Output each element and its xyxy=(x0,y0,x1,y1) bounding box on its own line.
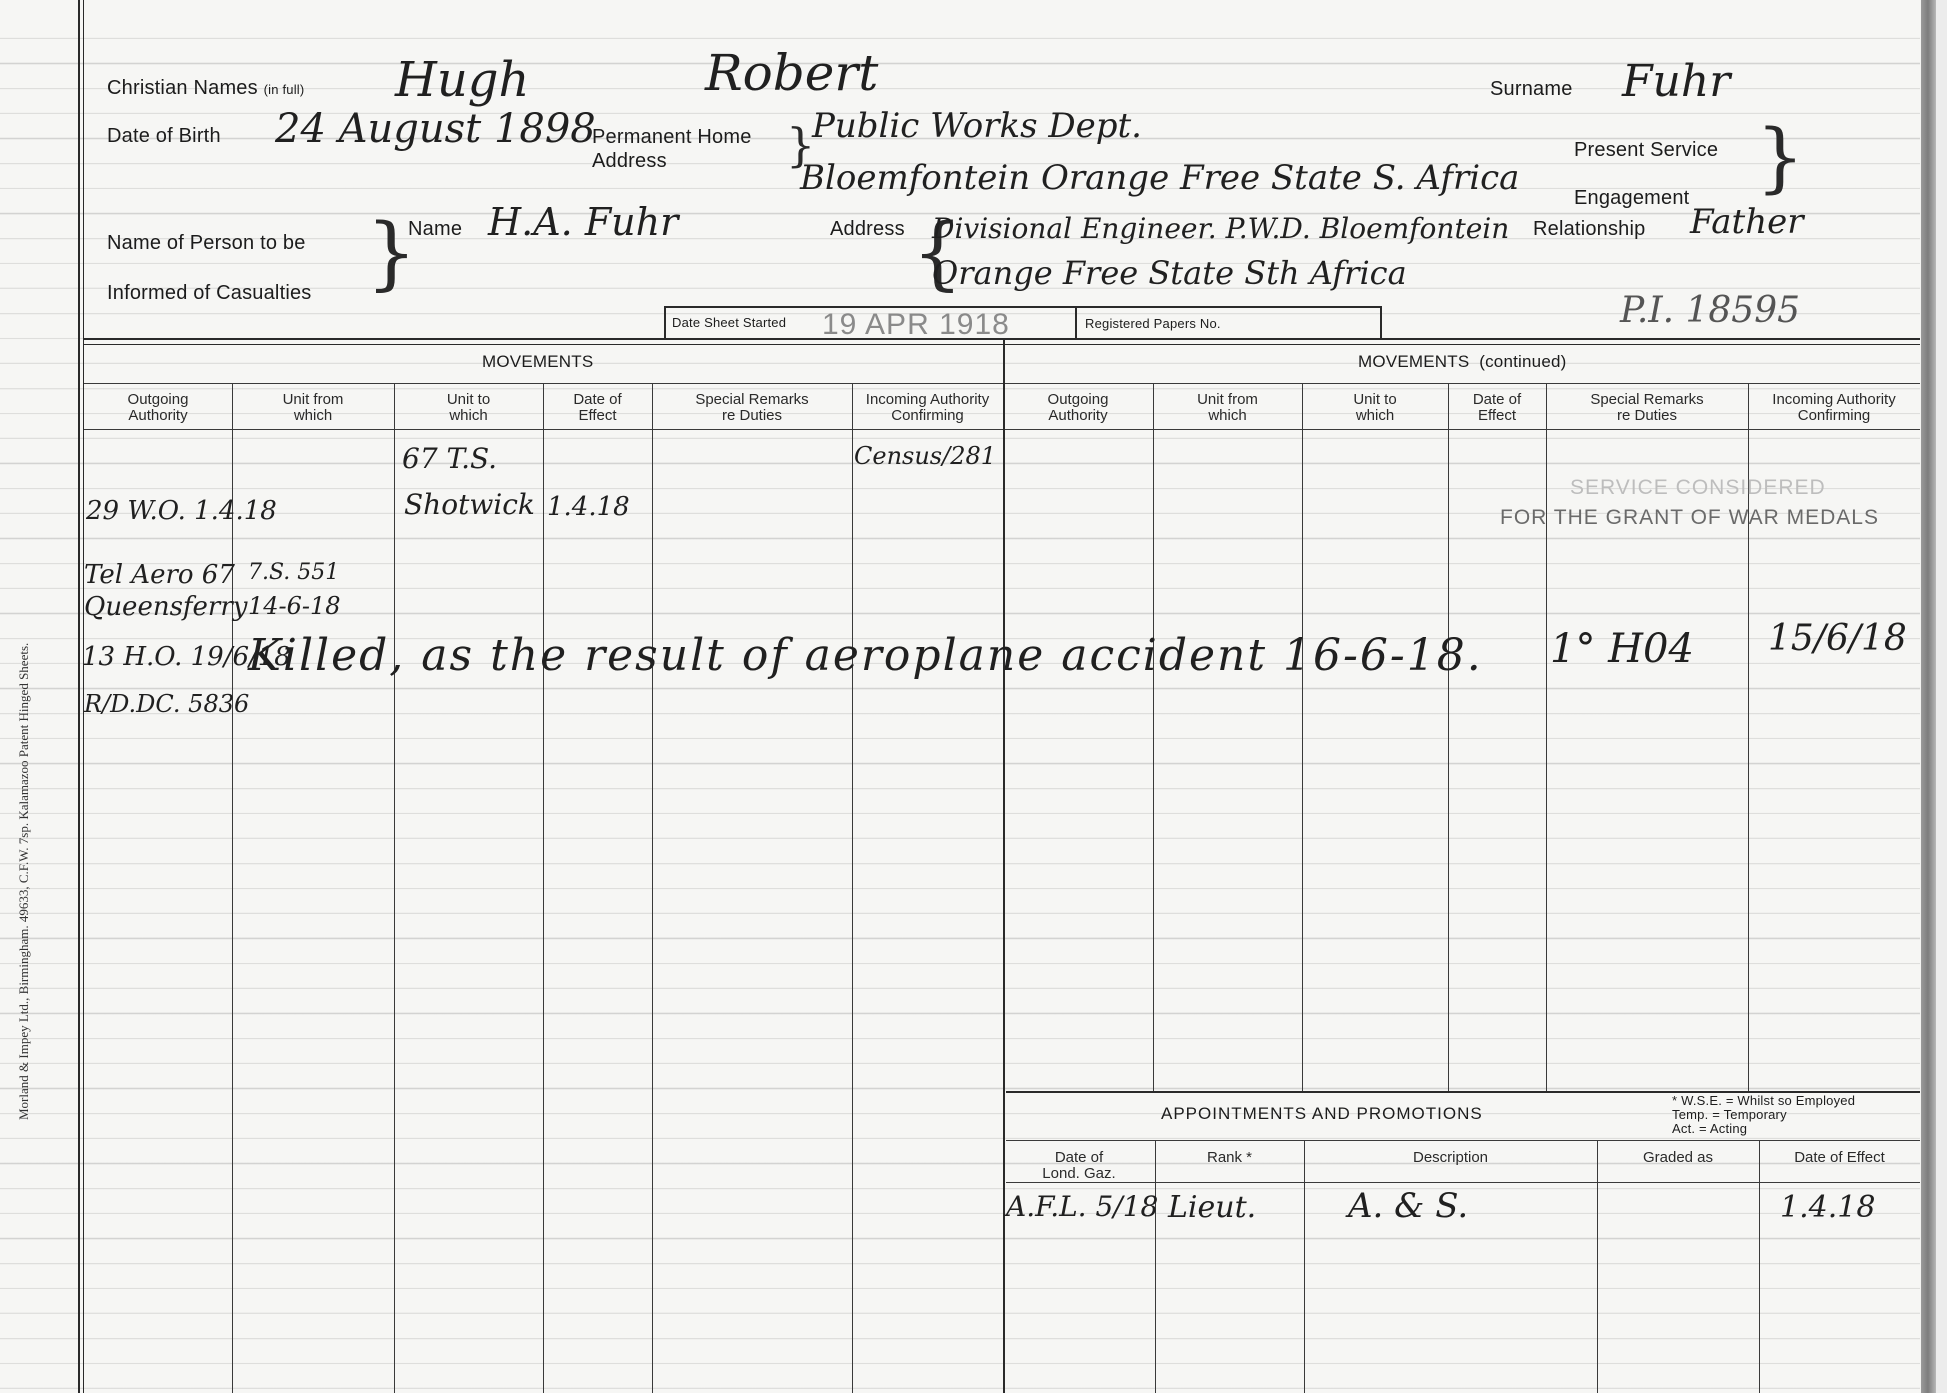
nok-label: Name of Person to be Informed of Casualt… xyxy=(107,218,312,318)
relationship-value: Father xyxy=(1690,202,1804,242)
column-header-line-1: Outgoing xyxy=(1003,392,1153,408)
column-header-line-2: Confirming xyxy=(1748,408,1920,424)
column-rule xyxy=(232,383,233,1393)
appt-rank: Lieut. xyxy=(1168,1190,1256,1225)
column-header-line-1: Incoming Authority xyxy=(1748,392,1920,408)
nok-address-label: Address xyxy=(830,218,905,241)
section-divider xyxy=(84,344,1920,345)
column-header-line-1: Description xyxy=(1304,1150,1597,1166)
appointments-header-4: Date of Effect xyxy=(1759,1150,1920,1166)
date-started-label: Date Sheet Started xyxy=(672,315,786,330)
brace-icon: } xyxy=(1756,112,1804,201)
nok-label-1: Name of Person to be xyxy=(107,218,312,268)
surname-value: Fuhr xyxy=(1622,56,1730,107)
column-header-line-2: which xyxy=(1302,408,1448,424)
column-header-line-2: re Duties xyxy=(652,408,852,424)
nok-address-line-2: Orange Free State Sth Africa xyxy=(932,254,1407,292)
column-header-line-2: which xyxy=(1153,408,1302,424)
medal-stamp-line-2: FOR THE GRANT OF WAR MEDALS xyxy=(1500,506,1879,530)
appt-description: A. & S. xyxy=(1348,1186,1468,1226)
movements-header-3: Date ofEffect xyxy=(543,392,652,424)
appointments-legend: * W.S.E. = Whilst so Employed Temp. = Te… xyxy=(1672,1094,1855,1136)
column-header-line-1: Date of xyxy=(543,392,652,408)
christian-names-label-text: Christian Names xyxy=(107,77,258,99)
row1-unit-to-2: Shotwick xyxy=(404,488,535,521)
column-header-line-1: Date of Effect xyxy=(1759,1150,1920,1166)
column-header-line-1: Incoming Authority xyxy=(852,392,1003,408)
column-header-line-2: Confirming xyxy=(852,408,1003,424)
dob-label: Date of Birth xyxy=(107,125,221,148)
column-rule xyxy=(652,383,653,1393)
column-header-line-2: re Duties xyxy=(1546,408,1748,424)
center-divider xyxy=(1003,338,1005,1393)
column-rule xyxy=(1153,383,1154,1091)
column-header-line-1: Rank * xyxy=(1155,1150,1304,1166)
column-rule xyxy=(1302,383,1303,1091)
appt-gazette: A.F.L. 5/18 xyxy=(1006,1190,1158,1223)
dob-value: 24 August 1898 xyxy=(275,106,596,152)
movements-header-1: Unit fromwhich xyxy=(232,392,394,424)
casualty-remark-confirm: 15/6/18 xyxy=(1768,618,1907,659)
movements-continued-header-0: OutgoingAuthority xyxy=(1003,392,1153,424)
casualty-remark: Killed, as the result of aeroplane accid… xyxy=(248,630,1483,681)
movements-continued-suffix: (continued) xyxy=(1479,352,1566,371)
column-header-line-1: Date of xyxy=(1003,1150,1155,1166)
home-address-label-2: Address xyxy=(592,149,752,173)
page-margin xyxy=(1935,0,1947,1393)
reference-number: P.I. 18595 xyxy=(1620,290,1800,331)
column-header-line-1: Date of xyxy=(1448,392,1546,408)
column-rule xyxy=(543,383,544,1393)
appt-date-of-effect: 1.4.18 xyxy=(1780,1190,1875,1225)
legend-act: Act. = Acting xyxy=(1672,1122,1855,1136)
home-address-label: Permanent Home Address xyxy=(592,125,752,173)
column-header-line-2: Lond. Gaz. xyxy=(1003,1166,1155,1182)
movements-continued-title: MOVEMENTS (continued) xyxy=(1358,352,1566,372)
appointments-header-0: Date ofLond. Gaz. xyxy=(1003,1150,1155,1182)
movements-continued-header-2: Unit towhich xyxy=(1302,392,1448,424)
header-rule xyxy=(84,429,1920,430)
movements-continued-header-4: Special Remarksre Duties xyxy=(1546,392,1748,424)
legend-wse: * W.S.E. = Whilst so Employed xyxy=(1672,1094,1855,1108)
column-header-line-2: which xyxy=(394,408,543,424)
movements-title: MOVEMENTS xyxy=(482,352,593,372)
column-header-line-1: Graded as xyxy=(1597,1150,1759,1166)
row2-unit-from-1: 7.S. 551 xyxy=(248,560,339,585)
nok-name-value: H.A. Fuhr xyxy=(488,200,678,244)
movements-header-5: Incoming AuthorityConfirming xyxy=(852,392,1003,424)
christian-name-2: Robert xyxy=(705,44,878,102)
present-service-label-1: Present Service xyxy=(1574,126,1718,174)
column-rule xyxy=(394,383,395,1393)
column-header-line-2: Authority xyxy=(84,408,232,424)
appointments-title: APPOINTMENTS AND PROMOTIONS xyxy=(1161,1104,1483,1124)
casualty-remark-ref: 1° H04 xyxy=(1550,626,1694,672)
christian-name-1: Hugh xyxy=(395,52,529,108)
movements-continued-header-5: Incoming AuthorityConfirming xyxy=(1748,392,1920,424)
column-rule xyxy=(1304,1140,1305,1393)
box-divider xyxy=(1075,306,1077,338)
column-rule xyxy=(1155,1140,1156,1393)
nok-name-label: Name xyxy=(408,218,462,241)
column-header-line-1: Outgoing xyxy=(84,392,232,408)
registered-papers-label: Registered Papers No. xyxy=(1085,316,1221,331)
legend-temp: Temp. = Temporary xyxy=(1672,1108,1855,1122)
column-header-line-2: Effect xyxy=(543,408,652,424)
printer-imprint: Morland & Impey Ltd., Birmingham. 49633,… xyxy=(16,643,32,1120)
column-header-line-1: Special Remarks xyxy=(1546,392,1748,408)
nok-label-2: Informed of Casualties xyxy=(107,268,312,318)
column-header-line-1: Special Remarks xyxy=(652,392,852,408)
appointments-header-1: Rank * xyxy=(1155,1150,1304,1166)
row3-outgoing-2: R/D.DC. 5836 xyxy=(84,690,249,718)
row2-outgoing-2: Queensferry xyxy=(84,592,247,622)
row1-outgoing: 29 W.O. 1.4.18 xyxy=(86,496,277,526)
movements-continued-header-3: Date ofEffect xyxy=(1448,392,1546,424)
column-rule xyxy=(1597,1140,1598,1393)
christian-names-label: Christian Names (in full) xyxy=(107,77,304,100)
home-address-line-2: Bloemfontein Orange Free State S. Africa xyxy=(800,158,1519,198)
movements-continued-title-text: MOVEMENTS xyxy=(1358,352,1469,371)
christian-names-note: (in full) xyxy=(264,82,305,97)
column-header-line-2: Effect xyxy=(1448,408,1546,424)
column-rule xyxy=(1448,383,1449,1091)
appointments-header-rule xyxy=(1006,1182,1920,1183)
medal-stamp-line-1: SERVICE CONSIDERED xyxy=(1570,476,1826,500)
appointments-header-3: Graded as xyxy=(1597,1150,1759,1166)
binder-edge xyxy=(1921,0,1935,1393)
appointments-header-2: Description xyxy=(1304,1150,1597,1166)
header-rule xyxy=(84,383,1920,384)
section-divider xyxy=(84,338,1920,340)
movements-continued-header-1: Unit fromwhich xyxy=(1153,392,1302,424)
movements-header-0: OutgoingAuthority xyxy=(84,392,232,424)
nok-address-line-1: Divisional Engineer. P.W.D. Bloemfontein xyxy=(932,212,1509,245)
date-started-stamp: 19 APR 1918 xyxy=(822,308,1010,342)
column-rule xyxy=(852,383,853,1393)
margin-line xyxy=(78,0,80,1393)
column-header-line-2: Authority xyxy=(1003,408,1153,424)
column-header-line-1: Unit from xyxy=(1153,392,1302,408)
column-header-line-2: which xyxy=(232,408,394,424)
column-header-line-1: Unit to xyxy=(1302,392,1448,408)
relationship-label: Relationship xyxy=(1533,218,1645,241)
movements-header-2: Unit towhich xyxy=(394,392,543,424)
column-rule xyxy=(1759,1140,1760,1393)
column-header-line-1: Unit from xyxy=(232,392,394,408)
movements-header-4: Special Remarksre Duties xyxy=(652,392,852,424)
row1-date: 1.4.18 xyxy=(547,492,630,522)
row1-incoming: Census/281 xyxy=(854,442,996,470)
home-address-label-1: Permanent Home xyxy=(592,125,752,149)
home-address-line-1: Public Works Dept. xyxy=(812,106,1142,146)
row2-unit-from-2: 14-6-18 xyxy=(248,592,341,620)
column-header-line-1: Unit to xyxy=(394,392,543,408)
row2-outgoing-1: Tel Aero 67 xyxy=(84,560,235,590)
surname-label: Surname xyxy=(1490,78,1573,101)
row1-unit-to-1: 67 T.S. xyxy=(402,442,497,475)
column-rule xyxy=(1546,383,1547,1091)
appointments-header-rule xyxy=(1006,1140,1920,1141)
